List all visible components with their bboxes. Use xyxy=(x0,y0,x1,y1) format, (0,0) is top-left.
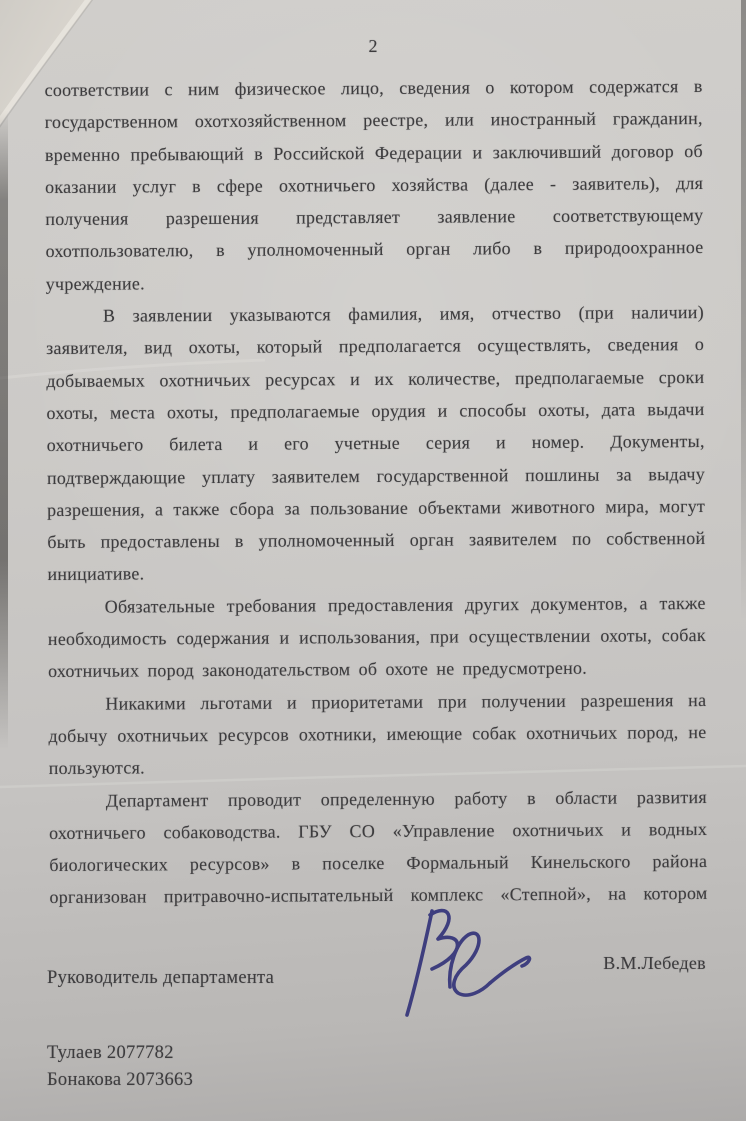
paragraph-continuation: соответствии с ним физическое лицо, свед… xyxy=(44,70,703,300)
paragraph: Обязательные требования предоставления д… xyxy=(48,587,707,688)
signatory-position-title: Руководитель департамента xyxy=(47,968,274,989)
document-body: соответствии с ним физическое лицо, свед… xyxy=(44,70,707,912)
paragraph: Никакими льготами и приоритетами при пол… xyxy=(48,684,707,785)
contact-line: Бонакова 2073663 xyxy=(47,1067,193,1094)
paper-edge-shadow-right xyxy=(741,0,746,620)
handwritten-signature-icon xyxy=(392,903,542,1031)
paper-edge-shadow-left xyxy=(0,110,8,750)
contact-block: Тулаев 2077782 Бонакова 2073663 xyxy=(47,1040,193,1094)
page-number: 2 xyxy=(0,36,746,57)
paragraph: В заявлении указываются фамилия, имя, от… xyxy=(46,296,706,591)
contact-line: Тулаев 2077782 xyxy=(47,1040,193,1067)
paragraph: Департамент проводит определенную работу… xyxy=(49,781,708,912)
signatory-name: В.М.Лебедев xyxy=(603,953,706,974)
document-photo: 2 соответствии с ним физическое лицо, св… xyxy=(0,0,746,1121)
